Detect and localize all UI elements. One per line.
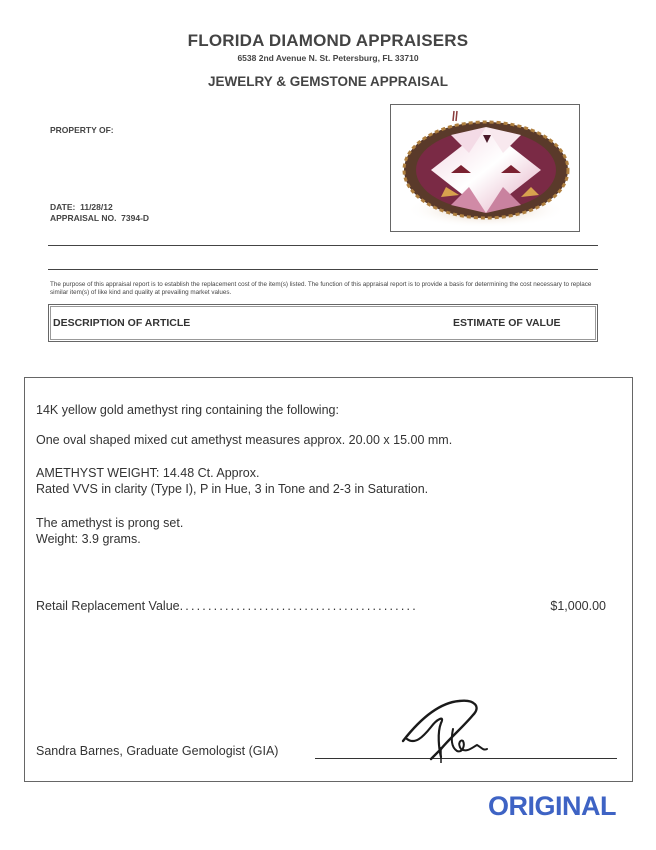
description-column-header: DESCRIPTION OF ARTICLE [53, 317, 190, 329]
amethyst-ring-image [391, 105, 579, 231]
signature-icon [397, 693, 497, 763]
date-field: DATE: 11/28/12 [50, 202, 113, 212]
blank-line-2 [48, 269, 598, 270]
description-line-grading: Rated VVS in clarity (Type I), P in Hue,… [36, 481, 428, 497]
description-line-weight: AMETHYST WEIGHT: 14.48 Ct. Approx. [36, 465, 259, 481]
ring-photo [390, 104, 580, 232]
blank-line-1 [48, 245, 598, 246]
purpose-statement: The purpose of this appraisal report is … [50, 281, 610, 297]
description-line-stone: One oval shaped mixed cut amethyst measu… [36, 432, 452, 448]
description-line-grams: Weight: 3.9 grams. [36, 531, 141, 547]
estimate-column-header: ESTIMATE OF VALUE [453, 317, 561, 329]
appraisal-number-field: APPRAISAL NO. 7394-D [50, 213, 149, 223]
signer-name: Sandra Barnes, Graduate Gemologist (GIA) [36, 743, 278, 759]
property-of-label: PROPERTY OF: [50, 125, 114, 135]
company-address: 6538 2nd Avenue N. St. Petersburg, FL 33… [0, 53, 656, 63]
retail-replacement-value-row: Retail Replacement Value................… [36, 598, 611, 614]
description-line-prong: The amethyst is prong set. [36, 515, 183, 531]
valuation-label: Retail Replacement Value [36, 599, 180, 613]
valuation-amount: $1,000.00 [550, 598, 606, 614]
description-box: 14K yellow gold amethyst ring containing… [24, 377, 633, 782]
description-line-setting: 14K yellow gold amethyst ring containing… [36, 402, 339, 418]
date-label: DATE: [50, 202, 75, 212]
dot-leader: ........................................… [180, 599, 418, 613]
document-title: JEWELRY & GEMSTONE APPRAISAL [0, 74, 656, 89]
appraisal-number-label: APPRAISAL NO. [50, 213, 116, 223]
original-stamp: ORIGINAL [488, 791, 616, 822]
appraisal-number-value: 7394-D [121, 213, 149, 223]
table-header: DESCRIPTION OF ARTICLE ESTIMATE OF VALUE [48, 304, 598, 342]
company-name: FLORIDA DIAMOND APPRAISERS [0, 31, 656, 51]
date-value: 11/28/12 [80, 202, 113, 212]
